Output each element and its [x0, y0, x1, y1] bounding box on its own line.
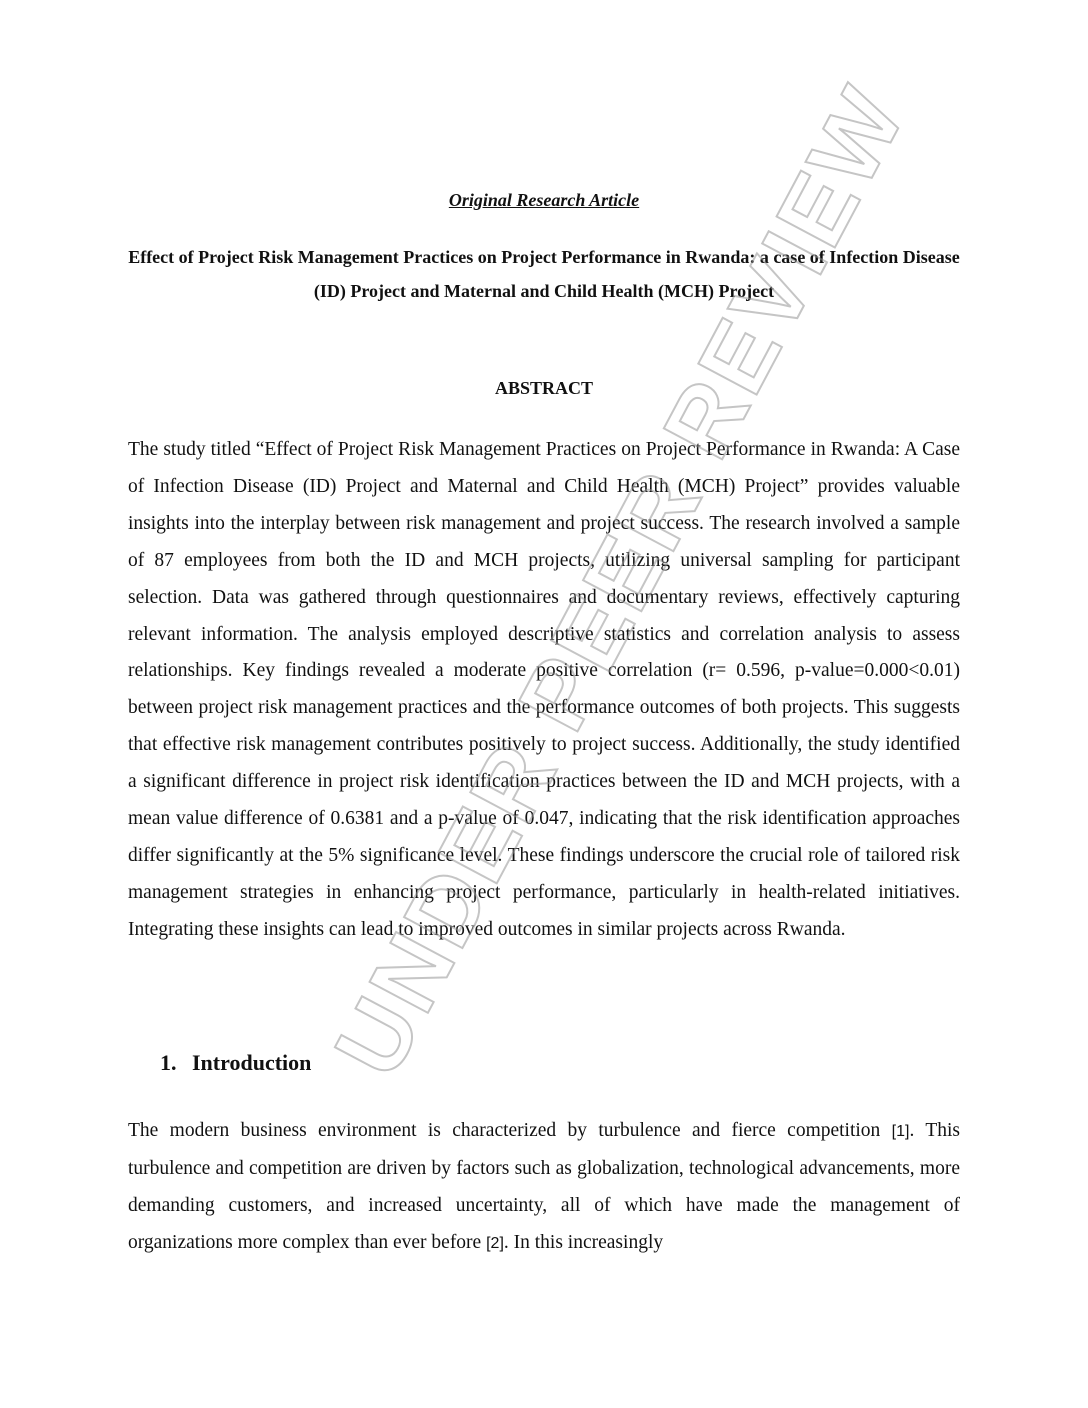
section-title: Introduction [192, 1050, 311, 1075]
article-type-label: Original Research Article [0, 190, 1088, 211]
section-heading-introduction: 1.Introduction [160, 1050, 311, 1076]
abstract-body: The study titled “Effect of Project Risk… [128, 432, 960, 949]
intro-text: . In this increasingly [504, 1232, 663, 1253]
citation-link[interactable]: [1] [892, 1123, 910, 1140]
paper-title: Effect of Project Risk Management Practi… [128, 240, 960, 308]
abstract-heading: ABSTRACT [0, 378, 1088, 399]
introduction-body: The modern business environment is chara… [128, 1112, 960, 1262]
intro-text: The modern business environment is chara… [128, 1120, 892, 1141]
paper-page: Original Research Article Effect of Proj… [0, 0, 1088, 1408]
section-number: 1. [160, 1050, 192, 1076]
citation-link[interactable]: [2] [486, 1235, 504, 1252]
